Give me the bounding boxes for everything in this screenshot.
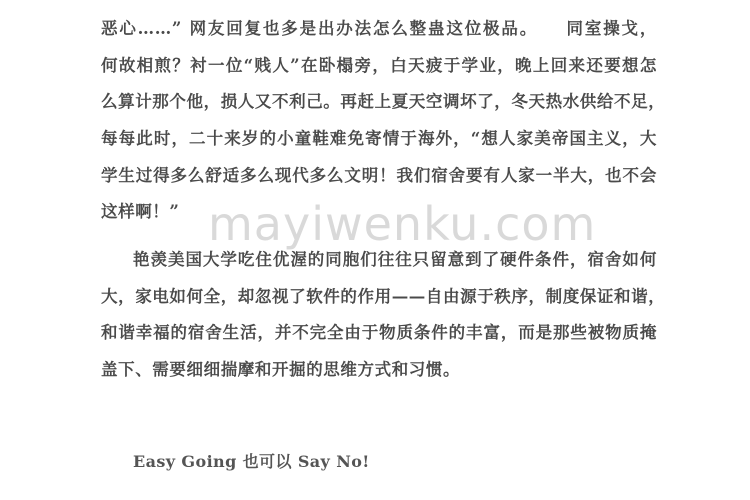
paragraph-1-line-1: 恶心……” 网友回复也多是出办法怎么整蛊这位极品。 同室操戈， bbox=[101, 19, 657, 39]
paragraph-2-line-3: 和谐幸福的宿舍生活，并不完全由于物质条件的丰富，而是那些被物质掩 bbox=[101, 323, 657, 343]
paragraph-2-line-1: 艳羡美国大学吃住优渥的同胞们往往只留意到了硬件条件，宿舍如何 bbox=[133, 250, 657, 270]
paragraph-2-line-4: 盖下、需要细细揣摩和开掘的思维方式和习惯。 bbox=[101, 360, 657, 380]
document-page: 恶心……” 网友回复也多是出办法怎么整蛊这位极品。 同室操戈， 何故相煎？衬一位… bbox=[0, 0, 750, 500]
paragraph-1-line-5: 学生过得多么舒适多么现代多么文明！我们宿舍要有人家一半大，也不会 bbox=[101, 166, 657, 186]
paragraph-1-line-6: 这样啊！” bbox=[101, 202, 657, 222]
paragraph-1-line-2: 何故相煎？衬一位“贱人”在卧榻旁，白天疲于学业，晚上回来还要想怎 bbox=[101, 56, 657, 76]
paragraph-1-line-4: 每每此时，二十来岁的小童鞋难免寄情于海外，“想人家美帝国主义，大 bbox=[101, 129, 657, 149]
paragraph-1-line-3: 么算计那个他，损人又不利己。再赶上夏天空调坏了，冬天热水供给不足， bbox=[101, 92, 657, 112]
section-heading: Easy Going 也可以 Say No! bbox=[133, 452, 370, 472]
paragraph-2-line-2: 大，家电如何全，却忽视了软件的作用——自由源于秩序，制度保证和谐， bbox=[101, 287, 657, 307]
